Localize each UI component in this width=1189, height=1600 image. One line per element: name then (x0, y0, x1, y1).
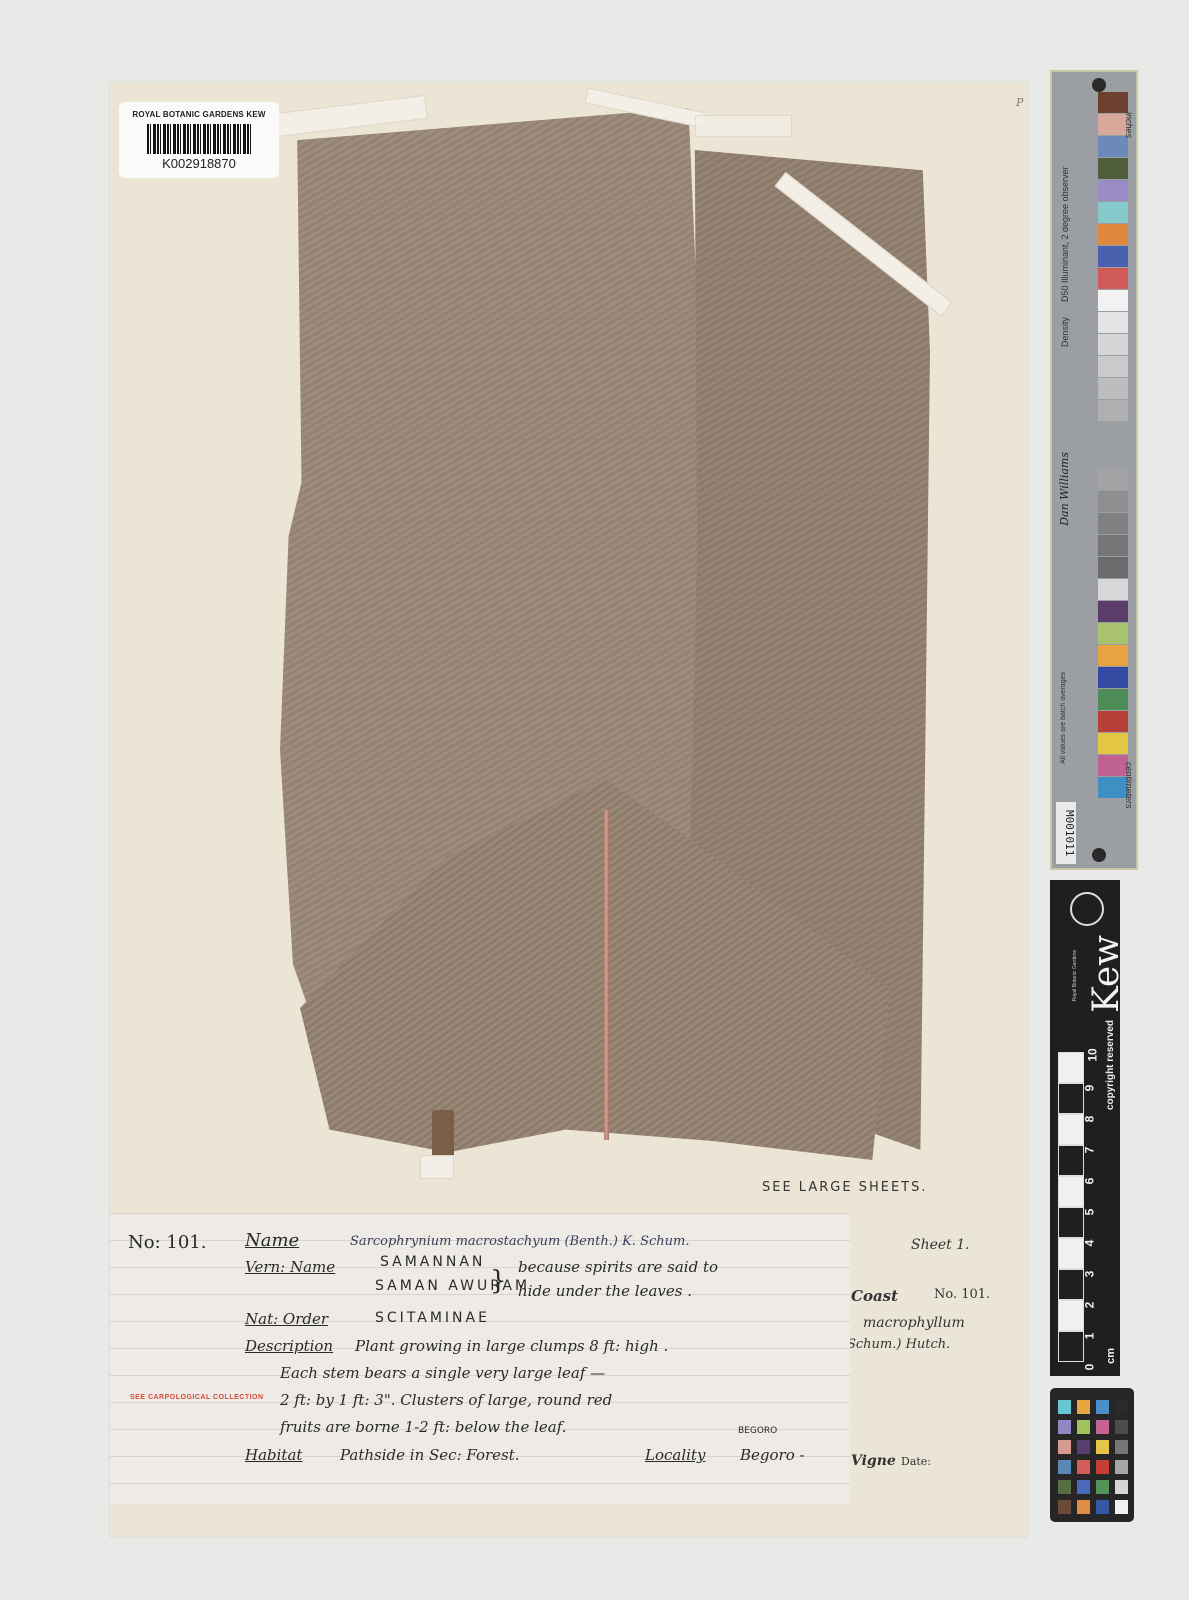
centimeters-label: centimeters (1124, 762, 1134, 809)
swatch (1098, 378, 1128, 399)
swatch (1098, 290, 1128, 311)
mounting-tape (420, 1155, 454, 1179)
inches-label: inches (1124, 112, 1134, 138)
collection-number: No: 101. (128, 1232, 206, 1253)
swatch (1098, 469, 1128, 490)
swatch (1098, 623, 1128, 644)
swatch (1098, 224, 1128, 245)
swatch (1098, 579, 1128, 600)
swatch (1098, 601, 1128, 622)
swatch (1098, 136, 1128, 157)
vernacular-note-1: because spirits are said to (518, 1258, 718, 1276)
copyright-note: copyright reserved (1105, 1020, 1116, 1110)
locality-value: Begoro - (740, 1446, 805, 1464)
kew-subtitle: Royal Botanic Gardens (1072, 950, 1078, 1001)
name-line-1: macrophyllum (863, 1315, 965, 1331)
ruler-hole-icon (1092, 848, 1106, 862)
vernacular-name-label: Vern: Name (245, 1258, 335, 1276)
name-line-2: Schum.) Hutch. (847, 1337, 950, 1352)
locality-label: Locality (645, 1446, 705, 1464)
kew-scale-bar: Kew Royal Botanic Gardens 0 1 2 3 4 5 6 … (1050, 880, 1120, 1376)
habitat-label: Habitat (245, 1446, 302, 1464)
swatch (1098, 491, 1128, 512)
barcode-icon (147, 124, 251, 154)
swatch (1098, 180, 1128, 201)
label-number: No. 101. (934, 1287, 990, 1302)
scale-unit: cm (1105, 1348, 1117, 1364)
swatch (1098, 645, 1128, 666)
swatch (1098, 535, 1128, 556)
vernacular-name-2: SAMAN AWURAM (375, 1278, 530, 1294)
coast-fragment: Coast (851, 1287, 898, 1305)
ruler-swatches (1098, 92, 1128, 799)
swatch (1098, 312, 1128, 333)
swatch (1098, 513, 1128, 534)
description-label: Description (245, 1337, 333, 1355)
swatch (1098, 400, 1128, 421)
scale-number: 7 (1082, 1147, 1096, 1154)
scale-checker (1058, 1052, 1084, 1362)
collector-fragment: Vigne (851, 1453, 896, 1469)
nat-order-value: SCITAMINAE (375, 1310, 490, 1326)
illuminant-note: D50 Illuminant, 2 degree observer (1060, 102, 1070, 302)
colour-checker-grid (1058, 1400, 1128, 1514)
swatch (1098, 733, 1128, 754)
brace: } (490, 1266, 507, 1296)
swatch (1098, 268, 1128, 289)
scale-number: 5 (1082, 1209, 1096, 1216)
description-line-3: 2 ft: by 1 ft: 3". Clusters of large, ro… (280, 1391, 612, 1409)
description-line-2: Each stem bears a single very large leaf… (280, 1364, 605, 1382)
mounting-tape (695, 115, 792, 137)
scale-number: 0 (1082, 1364, 1096, 1371)
sheet-note: Sheet 1. (911, 1237, 970, 1253)
colour-calibration-ruler: D50 Illuminant, 2 degree observer Densit… (1050, 70, 1138, 870)
field-notebook-label: No: 101. Name Sarcophrynium macrostachyu… (110, 1213, 850, 1504)
institution-name: ROYAL BOTANIC GARDENS KEW (119, 110, 279, 119)
scale-number: 8 (1082, 1116, 1096, 1123)
swatch (1098, 356, 1128, 377)
scale-number: 6 (1082, 1178, 1096, 1185)
scale-number: 3 (1082, 1271, 1096, 1278)
barcode-number: K002918870 (119, 156, 279, 171)
royal-crest-icon (1070, 892, 1104, 926)
nat-order-label: Nat: Order (245, 1310, 328, 1328)
scale-number: 9 (1082, 1085, 1096, 1092)
sheet-corner-mark: P (1016, 96, 1023, 109)
scale-number: 10 (1086, 1048, 1100, 1061)
swatch (1098, 158, 1128, 179)
date-label: Date: (901, 1455, 931, 1468)
kew-logo: Kew (1086, 935, 1127, 1013)
scientific-name: Sarcophrynium macrostachyum (Benth.) K. … (350, 1234, 689, 1249)
name-label: Name (245, 1230, 299, 1251)
ruler-id: M001011 (1056, 802, 1076, 864)
leaf-midrib (604, 810, 609, 1140)
swatch (1098, 689, 1128, 710)
density-label: Density (1060, 317, 1070, 347)
description-line-1: Plant growing in large clumps 8 ft: high… (355, 1337, 668, 1355)
habitat-value: Pathside in Sec: Forest. (340, 1446, 520, 1464)
ruler-hole-icon (1092, 78, 1106, 92)
scale-number: 1 (1082, 1333, 1096, 1340)
description-line-4: fruits are borne 1-2 ft: below the leaf. (280, 1418, 567, 1436)
scale-numbers: 0 1 2 3 4 5 6 7 8 9 10 (1086, 1040, 1106, 1375)
scale-number: 2 (1082, 1302, 1096, 1309)
locality-annotation: BEGORO (738, 1426, 777, 1436)
vernacular-note-2: hide under the leaves . (518, 1282, 692, 1300)
carpological-collection-stamp: SEE CARPOLOGICAL COLLECTION (130, 1394, 264, 1401)
colour-checker-card (1050, 1388, 1134, 1522)
swatch (1098, 202, 1128, 223)
see-large-sheets-note: SEE LARGE SHEETS. (762, 1180, 927, 1195)
swatch (1098, 711, 1128, 732)
swatch (1098, 92, 1128, 113)
swatch (1098, 246, 1128, 267)
ruler-brand: Dan Williams (1058, 452, 1071, 526)
swatch (1098, 557, 1128, 578)
swatch (1098, 334, 1128, 355)
swatch (1098, 667, 1128, 688)
scale-number: 4 (1082, 1240, 1096, 1247)
values-note: All values are batch averages (1060, 672, 1067, 764)
vernacular-name-1: SAMANNAN (380, 1254, 485, 1270)
barcode-label: ROYAL BOTANIC GARDENS KEW K002918870 (119, 102, 279, 178)
